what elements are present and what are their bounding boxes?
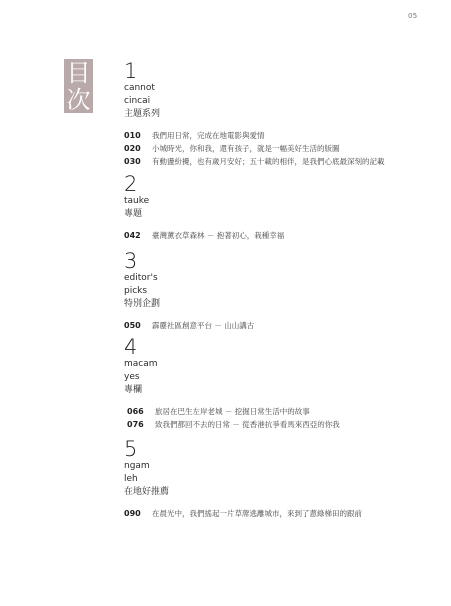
entry-title: 在晨光中，我們搖起一片草蓆逃離城市，來到了蔥綠梯田的跟前 <box>152 507 362 520</box>
toc-section-2: 2 tauke 專題 042 臺灣薰衣草森林 － 抱著初心，栽種幸福 <box>124 173 284 242</box>
entry-title: 致我們都回不去的日常 － 從香港抗爭看馬來西亞的你我 <box>155 418 340 431</box>
section-title-line: cannot <box>124 82 385 95</box>
entry-page: 050 <box>124 319 152 332</box>
section-number: 3 <box>124 250 254 272</box>
section-title-line: ngam <box>124 460 362 473</box>
section-title-line: 在地好推薦 <box>124 486 362 499</box>
toc-label-char: 目 <box>67 60 91 86</box>
toc-entry[interactable]: 020 小城時光，你和我，還有孩子，就是一幅美好生活的版圖 <box>124 142 385 155</box>
section-number: 5 <box>124 438 362 460</box>
section-number: 2 <box>124 173 284 195</box>
toc-entry[interactable]: 030 有動盪紛擾，也有歲月安好；五十載的相伴，是我們心底最深刻的記載 <box>124 155 385 168</box>
section-title-line: cincai <box>124 95 385 108</box>
section-number: 1 <box>124 60 385 82</box>
entry-title: 旅居在巴生左岸老城 － 挖掘日常生活中的故事 <box>155 405 310 418</box>
section-title-line: yes <box>124 371 340 384</box>
section-title-line: 特別企劃 <box>124 298 254 311</box>
section-title-line: leh <box>124 473 362 486</box>
entry-page: 030 <box>124 155 152 168</box>
section-title-line: 主題系列 <box>124 108 385 121</box>
entry-title: 小城時光，你和我，還有孩子，就是一幅美好生活的版圖 <box>152 142 340 155</box>
section-title-line: 專題 <box>124 208 284 221</box>
entry-page: 020 <box>124 142 152 155</box>
table-of-contents-label: 目 次 <box>64 59 93 113</box>
toc-entry[interactable]: 076 致我們都回不去的日常 － 從香港抗爭看馬來西亞的你我 <box>124 418 340 431</box>
toc-entry[interactable]: 090 在晨光中，我們搖起一片草蓆逃離城市，來到了蔥綠梯田的跟前 <box>124 507 362 520</box>
toc-section-1: 1 cannot cincai 主題系列 010 我們用日常，完成在地電影與愛情… <box>124 60 385 168</box>
toc-entry[interactable]: 010 我們用日常，完成在地電影與愛情 <box>124 129 385 142</box>
toc-entry[interactable]: 050 霹靂社區創意平台 － 山山講古 <box>124 319 254 332</box>
entry-page: 076 <box>124 418 155 431</box>
section-title-line: picks <box>124 285 254 298</box>
entry-title: 臺灣薰衣草森林 － 抱著初心，栽種幸福 <box>152 229 284 242</box>
entry-page: 066 <box>124 405 155 418</box>
section-title-line: 專欄 <box>124 384 340 397</box>
section-title-line: macam <box>124 358 340 371</box>
section-title-line: editor's <box>124 272 254 285</box>
toc-entry[interactable]: 066 旅居在巴生左岸老城 － 挖掘日常生活中的故事 <box>124 405 340 418</box>
page-number: 05 <box>408 12 418 20</box>
entry-title: 有動盪紛擾，也有歲月安好；五十載的相伴，是我們心底最深刻的記載 <box>152 155 385 168</box>
toc-section-3: 3 editor's picks 特別企劃 050 霹靂社區創意平台 － 山山講… <box>124 250 254 332</box>
toc-entry[interactable]: 042 臺灣薰衣草森林 － 抱著初心，栽種幸福 <box>124 229 284 242</box>
section-number: 4 <box>124 336 340 358</box>
entry-title: 霹靂社區創意平台 － 山山講古 <box>152 319 254 332</box>
entry-page: 042 <box>124 229 152 242</box>
entry-title: 我們用日常，完成在地電影與愛情 <box>152 129 265 142</box>
section-title-line: tauke <box>124 195 284 208</box>
entry-page: 010 <box>124 129 152 142</box>
toc-label-char: 次 <box>67 87 91 113</box>
toc-section-4: 4 macam yes 專欄 066 旅居在巴生左岸老城 － 挖掘日常生活中的故… <box>124 336 340 431</box>
entry-page: 090 <box>124 507 152 520</box>
toc-section-5: 5 ngam leh 在地好推薦 090 在晨光中，我們搖起一片草蓆逃離城市，來… <box>124 438 362 520</box>
